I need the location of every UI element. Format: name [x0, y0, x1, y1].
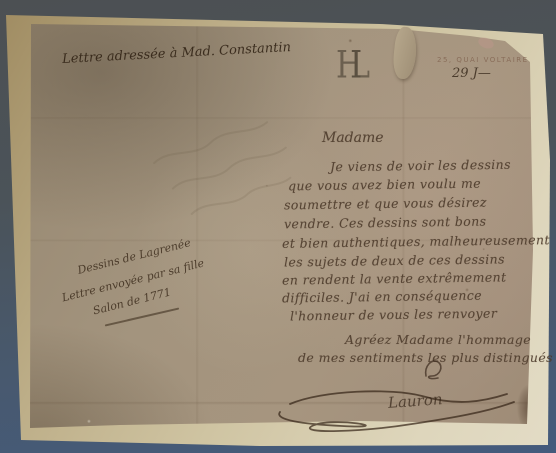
photo-of-framed-letter: Lettre adressée à Mad. Constantin HL 25,…: [0, 0, 556, 453]
letterhead-address: 25, QUAI VOLTAIRE: [437, 56, 529, 64]
date-note: 29 J—: [452, 66, 491, 81]
salutation: Madame: [322, 130, 384, 146]
signature-flourish: [272, 382, 522, 432]
body-line: que vous avez bien voulu me: [288, 176, 481, 194]
paraph-flourish: [420, 356, 450, 382]
body-line: les sujets de deux de ces dessins: [284, 251, 505, 269]
body-line: Je viens de voir les dessins: [330, 157, 511, 175]
body-line: l'honneur de vous les renvoyer: [290, 306, 497, 324]
ink-showthrough: [150, 110, 310, 230]
body-line: vendre. Ces dessins sont bons: [284, 214, 487, 232]
closing-line: Agréez Madame l'hommage: [345, 332, 531, 347]
body-line: soumettre et que vous désirez: [284, 195, 487, 213]
letterhead-monogram: HL: [336, 44, 358, 88]
body-line: difficiles. J'ai en conséquence: [282, 288, 482, 306]
body-line: en rendent la vente extrêmement: [282, 269, 507, 287]
